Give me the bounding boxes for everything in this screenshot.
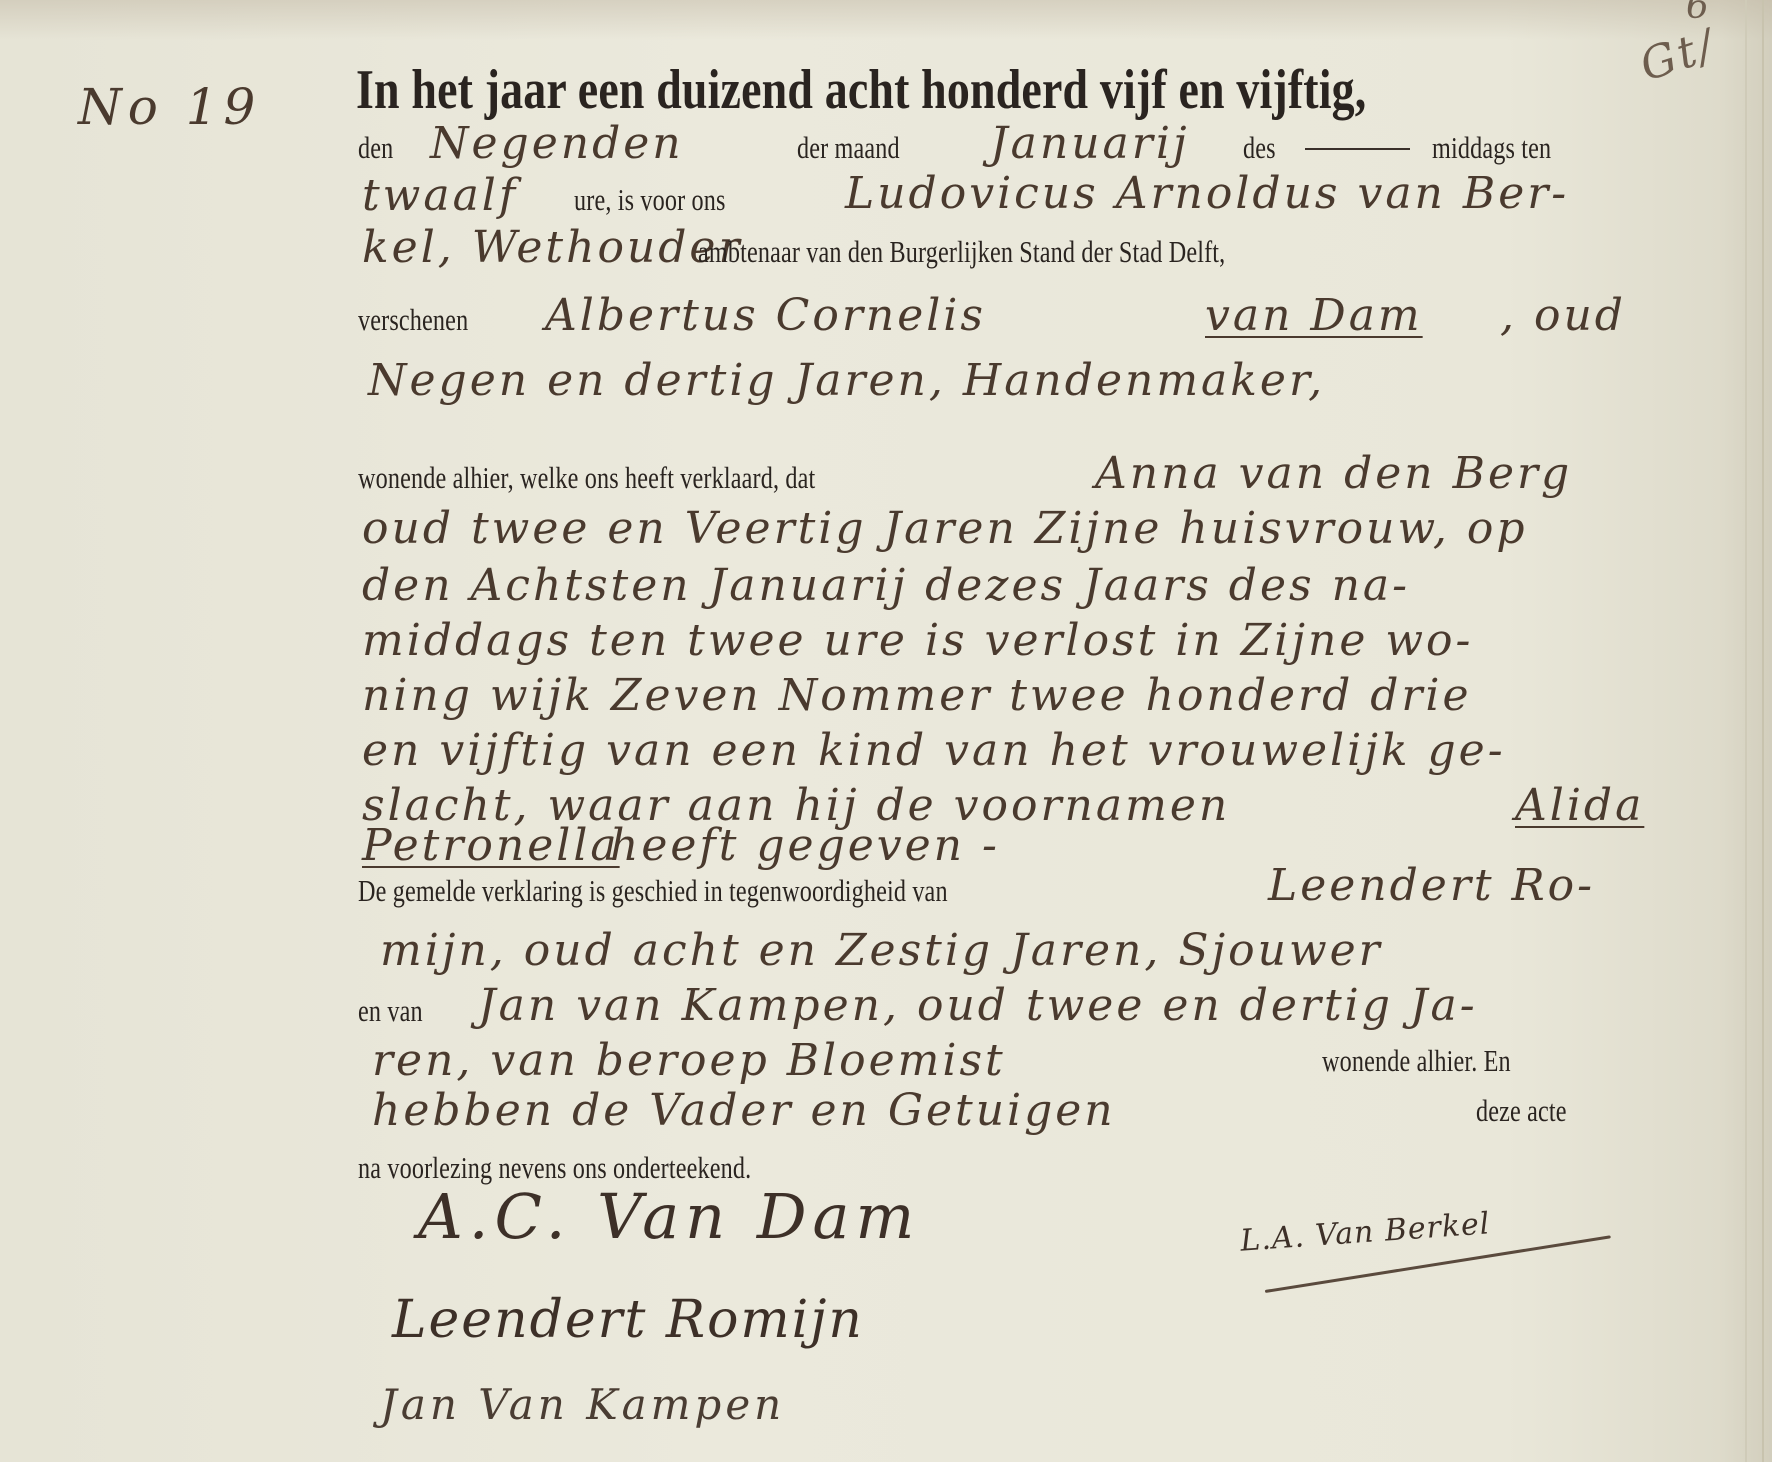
hand-father-name: Albertus Cornelis xyxy=(545,290,986,341)
hand-father-details: Negen en dertig Jaren, Handenmaker, xyxy=(368,355,1325,406)
hand-father-surname: van Dam xyxy=(1205,290,1423,341)
hand-month: Januarij xyxy=(990,118,1190,169)
hand-witness1-a: Leendert Ro- xyxy=(1268,860,1595,911)
printed-en-van: en van xyxy=(358,993,423,1029)
hand-hour: twaalf xyxy=(362,170,518,221)
printed-deze-acte: deze acte xyxy=(1476,1093,1567,1129)
printed-ambtenaar: ambtenaar van den Burgerlijken Stand der… xyxy=(698,234,1225,270)
hand-line-11: ning wijk Zeven Nommer twee honderd drie xyxy=(362,670,1472,721)
hand-witness1-b: mijn, oud acht en Zestig Jaren, Sjouwer xyxy=(380,925,1383,976)
printed-der-maand: der maand xyxy=(797,130,900,166)
printed-des: des xyxy=(1243,130,1276,166)
page-edge-line xyxy=(1745,0,1747,1462)
hand-child-second-name: Petronella xyxy=(362,820,620,871)
printed-wonende-verklaard: wonende alhier, welke ons heeft verklaar… xyxy=(358,460,815,496)
page-edge-line-outer xyxy=(1762,0,1764,1462)
signature-witness2: Jan Van Kampen xyxy=(380,1380,785,1429)
printed-verschenen: verschenen xyxy=(358,302,468,338)
hand-witness2-a: Jan van Kampen, oud twee en dertig Ja- xyxy=(478,980,1478,1031)
hand-witness2-b: ren, van beroep Bloemist xyxy=(372,1035,1006,1086)
record-number: No 19 xyxy=(78,78,261,136)
hand-father-tail: , oud xyxy=(1500,290,1626,341)
hand-heeft-gegeven: heeft gegeven - xyxy=(610,820,1000,871)
printed-middags-ten: middags ten xyxy=(1432,130,1551,166)
hand-line-10: middags ten twee ure is verlost in Zijne… xyxy=(362,615,1473,666)
hand-mother-name: Anna van den Berg xyxy=(1095,448,1572,499)
hand-closing: hebben de Vader en Getuigen xyxy=(372,1085,1116,1136)
blank-dash xyxy=(1305,148,1410,150)
printed-ure-voor-ons: ure, is voor ons xyxy=(574,182,726,218)
signature-witness1: Leendert Romijn xyxy=(392,1290,864,1350)
signature-father: A.C. Van Dam xyxy=(418,1180,920,1253)
hand-line-8: oud twee en Veertig Jaren Zijne huisvrou… xyxy=(362,503,1528,554)
hand-child-first-name: Alida xyxy=(1515,780,1644,831)
hand-line-12: en vijftig van een kind van het vrouweli… xyxy=(362,725,1506,776)
hand-line-9: den Achtsten Januarij dezes Jaars des na… xyxy=(362,560,1410,611)
page-top-shadow xyxy=(0,0,1772,40)
hand-official-2: kel, Wethouder xyxy=(362,222,743,273)
signature-official: L.A. Van Berkel xyxy=(1239,1206,1491,1258)
document-title: In het jaar een duizend acht honderd vij… xyxy=(356,58,1366,122)
hand-day: Negenden xyxy=(430,118,684,169)
printed-den: den xyxy=(358,130,393,166)
printed-gemelde-verklaring: De gemelde verklaring is geschied in teg… xyxy=(358,873,948,909)
hand-official-1: Ludovicus Arnoldus van Ber- xyxy=(845,168,1569,219)
printed-wonende-alhier-en: wonende alhier. En xyxy=(1322,1043,1511,1079)
